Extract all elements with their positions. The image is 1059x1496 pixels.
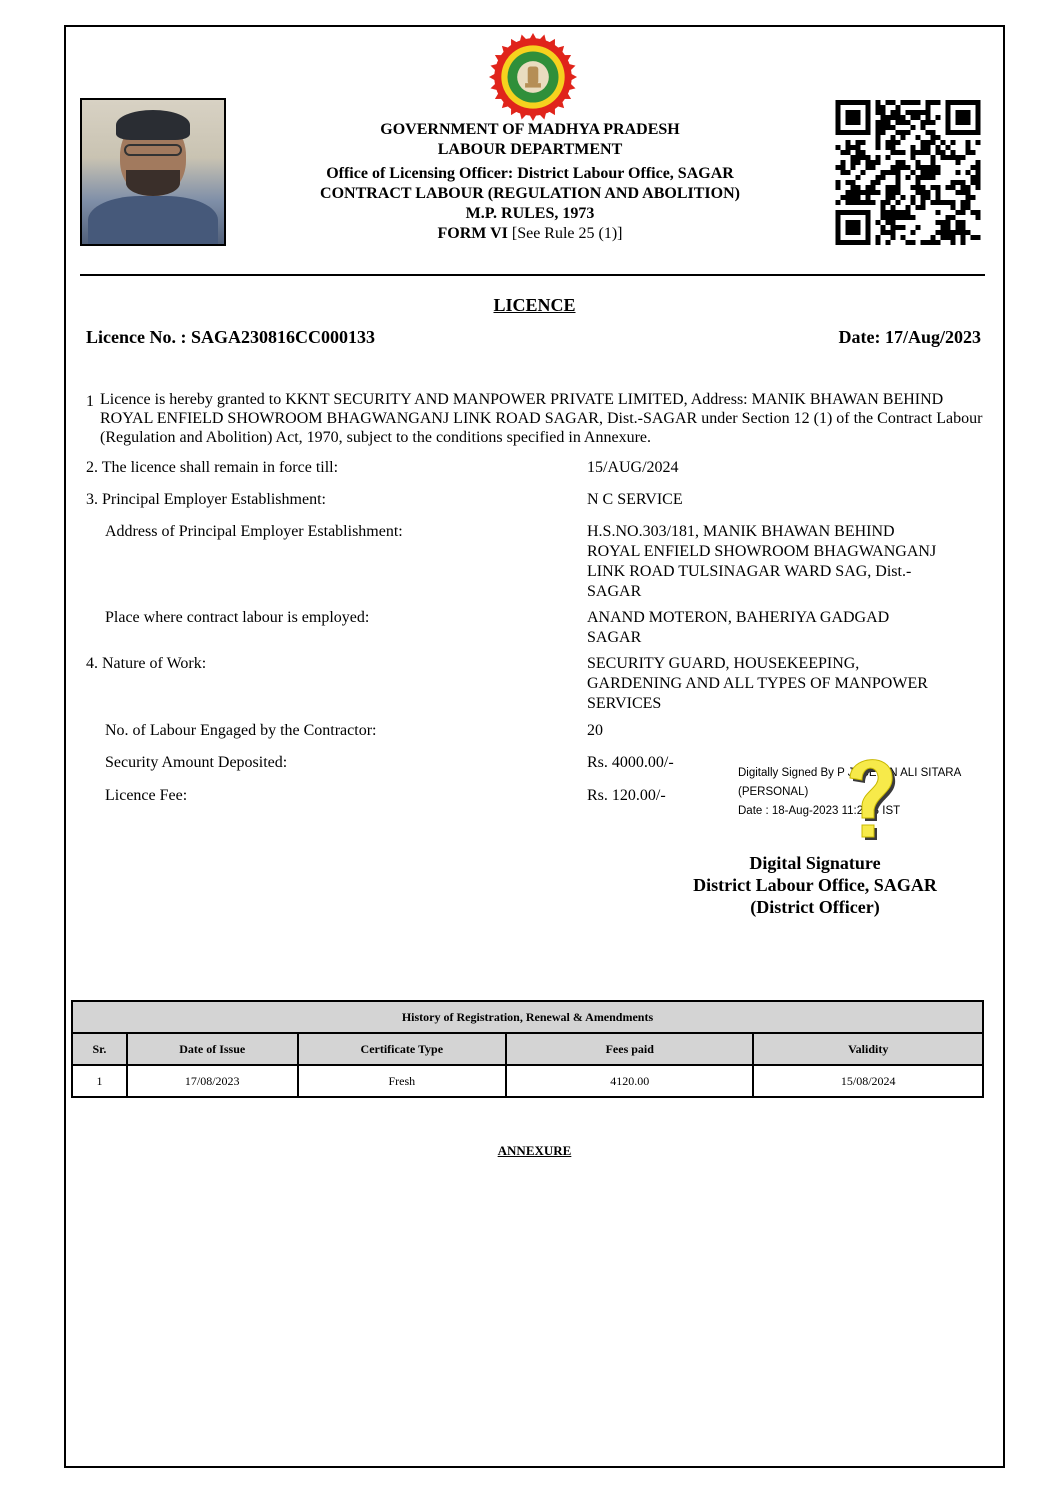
office-title: Office of Licensing Officer: District La…	[250, 164, 810, 184]
licence-fee-label: Licence Fee:	[105, 786, 187, 806]
cell-sr: 1	[72, 1065, 127, 1097]
principal-employer-label: 3. Principal Employer Establishment:	[86, 490, 326, 510]
table-row: 1 17/08/2023 Fresh 4120.00 15/08/2024	[72, 1065, 983, 1097]
grant-paragraph: 1 Licence is hereby granted to KKNT SECU…	[86, 390, 986, 447]
employer-address-label: Address of Principal Employer Establishm…	[105, 522, 403, 542]
paragraph-number: 1	[86, 392, 94, 411]
labour-count-label: No. of Labour Engaged by the Contractor:	[105, 721, 376, 741]
licence-date: Date: 17/Aug/2023	[839, 327, 982, 348]
form-title: FORM VI [See Rule 25 (1)]	[250, 224, 810, 244]
unverified-signature-question-icon[interactable]	[840, 748, 900, 848]
signature-authority: Digital Signature District Labour Office…	[660, 852, 970, 918]
validity-value: 15/AUG/2024	[587, 458, 987, 478]
labour-count-value: 20	[587, 721, 987, 741]
cell-certificate-type: Fresh	[298, 1065, 507, 1097]
department-title: LABOUR DEPARTMENT	[250, 140, 810, 160]
nature-of-work-label: 4. Nature of Work:	[86, 654, 206, 674]
rules-title: M.P. RULES, 1973	[250, 204, 810, 224]
qr-code-icon	[834, 100, 982, 245]
cell-fees-paid: 4120.00	[506, 1065, 753, 1097]
column-header: Validity	[753, 1033, 983, 1065]
licence-title: LICENCE	[0, 295, 1059, 316]
applicant-photo	[80, 98, 226, 246]
nature-of-work-value: SECURITY GUARD, HOUSEKEEPING, GARDENING …	[587, 654, 987, 714]
history-table-header: Sr. Date of Issue Certificate Type Fees …	[72, 1033, 983, 1065]
history-table: History of Registration, Renewal & Amend…	[71, 1000, 984, 1098]
history-table-caption: History of Registration, Renewal & Amend…	[72, 1001, 983, 1033]
document-header: GOVERNMENT OF MADHYA PRADESH LABOUR DEPA…	[250, 120, 810, 244]
principal-employer-value: N C SERVICE	[587, 490, 987, 510]
security-amount-label: Security Amount Deposited:	[105, 753, 287, 773]
validity-label: 2. The licence shall remain in force til…	[86, 458, 338, 478]
act-title: CONTRACT LABOUR (REGULATION AND ABOLITIO…	[250, 184, 810, 204]
employment-place-value: ANAND MOTERON, BAHERIYA GADGAD SAGAR	[587, 608, 987, 648]
employer-address-value: H.S.NO.303/181, MANIK BHAWAN BEHIND ROYA…	[587, 522, 987, 602]
cell-validity: 15/08/2024	[753, 1065, 983, 1097]
header-divider	[80, 274, 985, 276]
employment-place-label: Place where contract labour is employed:	[105, 608, 369, 628]
licence-number: Licence No. : SAGA230816CC000133	[86, 327, 375, 348]
madhya-pradesh-emblem-icon	[489, 33, 577, 121]
column-header: Date of Issue	[127, 1033, 298, 1065]
cell-date-of-issue: 17/08/2023	[127, 1065, 298, 1097]
column-header: Sr.	[72, 1033, 127, 1065]
paragraph-text: Licence is hereby granted to KKNT SECURI…	[100, 390, 986, 447]
column-header: Certificate Type	[298, 1033, 507, 1065]
government-title: GOVERNMENT OF MADHYA PRADESH	[250, 120, 810, 140]
annexure-title: ANNEXURE	[0, 1143, 1059, 1159]
column-header: Fees paid	[506, 1033, 753, 1065]
